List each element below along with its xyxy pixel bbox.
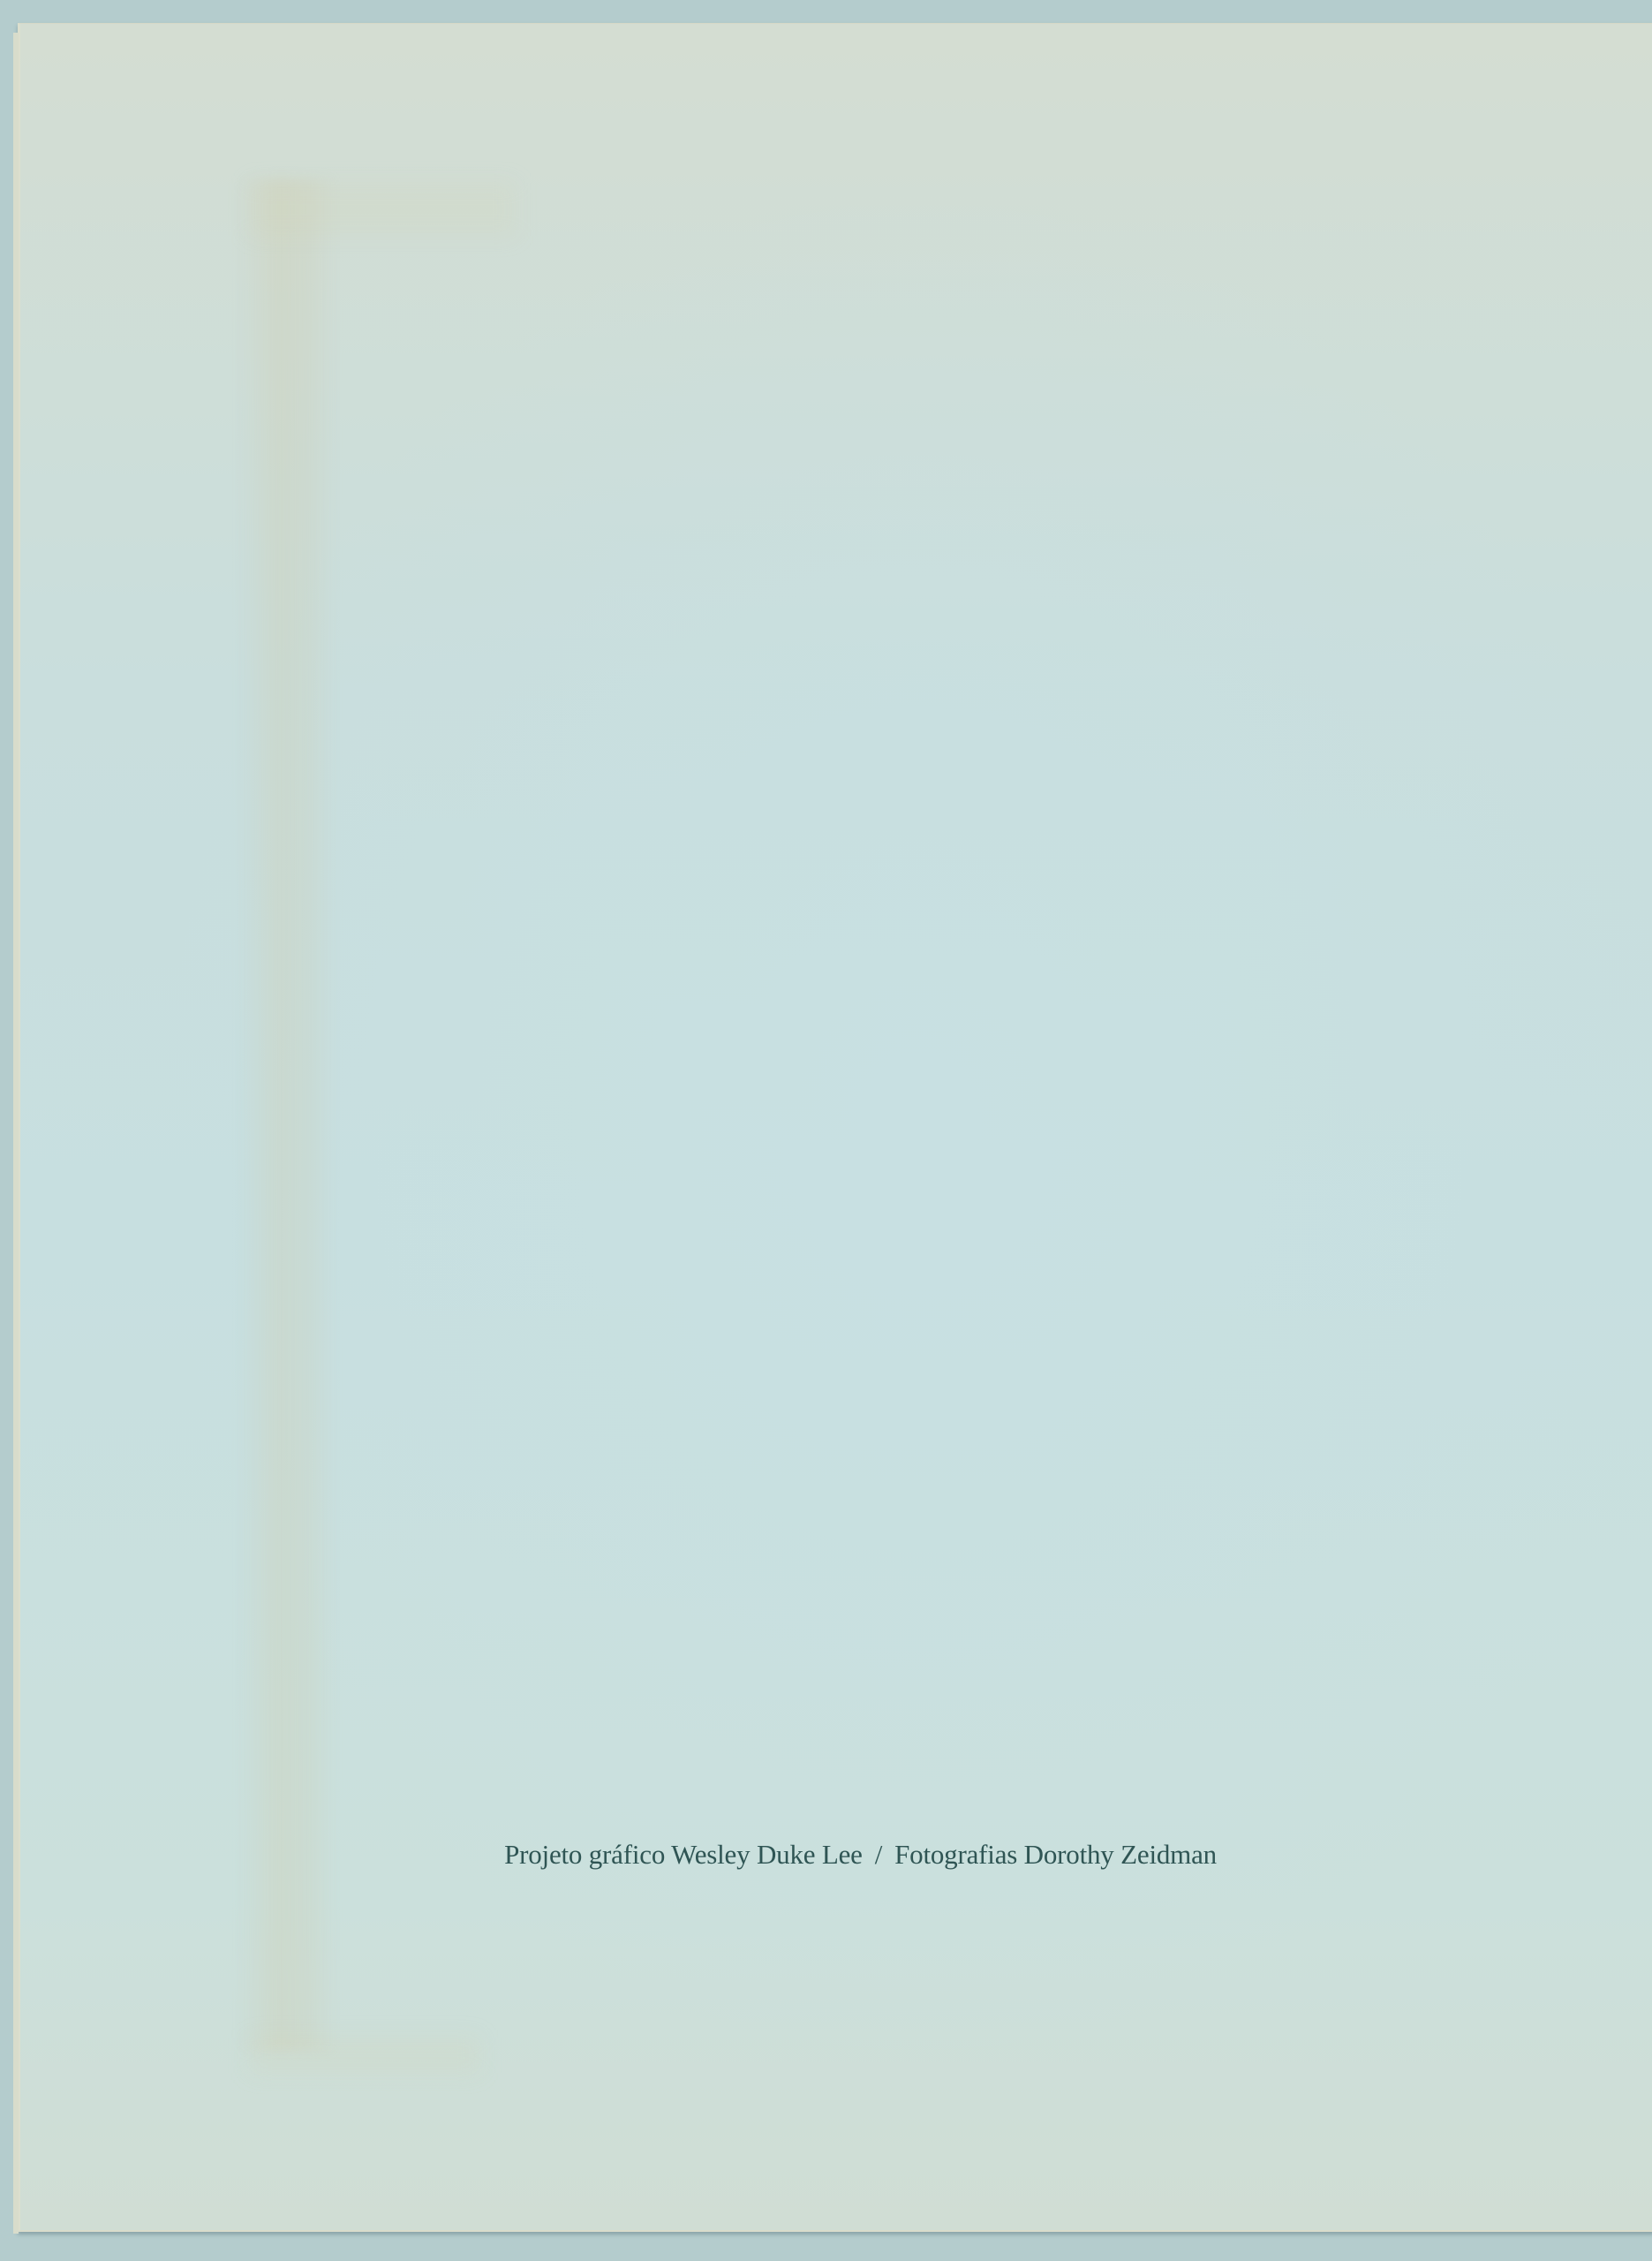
credit-line: Projeto gráfico Wesley Duke Lee/Fotograf… bbox=[0, 1839, 1652, 1871]
show-through-shadow-bottom bbox=[250, 2038, 479, 2073]
document-page bbox=[18, 23, 1652, 2232]
design-credit: Projeto gráfico Wesley Duke Lee bbox=[504, 1839, 863, 1870]
show-through-shadow-top bbox=[250, 183, 515, 236]
show-through-shadow bbox=[239, 178, 336, 2051]
credit-separator: / bbox=[875, 1839, 882, 1870]
photo-credit: Fotografias Dorothy Zeidman bbox=[894, 1839, 1217, 1870]
